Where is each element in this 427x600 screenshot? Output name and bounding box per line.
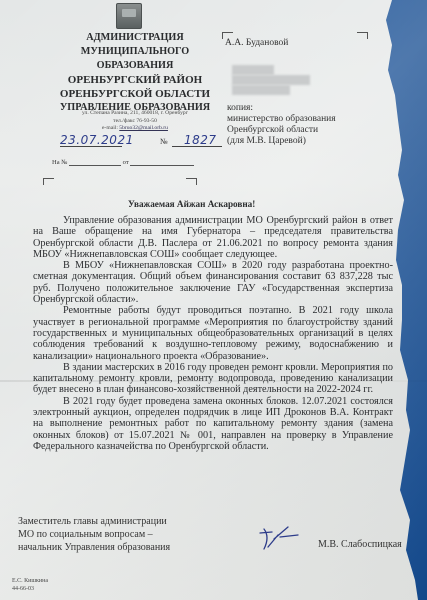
org-line: ОРЕНБУРГСКОЙ ОБЛАСТИ	[50, 87, 220, 101]
ref-from-label: от	[123, 159, 129, 166]
org-line: АДМИНИСТРАЦИЯ	[50, 31, 220, 45]
coat-of-arms-icon	[116, 3, 142, 29]
address: ул. Степана Разина, 211, 460018, г. Орен…	[55, 110, 215, 118]
corner-mark	[186, 178, 197, 185]
outgoing-date-number: 23.07.2021 № 1827	[48, 134, 218, 150]
letterhead-contacts: ул. Степана Разина, 211, 460018, г. Орен…	[55, 110, 215, 133]
org-line: ОРЕНБУРГСКИЙ РАЙОН	[50, 73, 220, 87]
paragraph: В здании мастерских в 2016 году проведен…	[33, 362, 393, 396]
copy-line: Оренбургской области	[227, 125, 336, 136]
reference-line: На № от	[52, 158, 194, 166]
email-link[interactable]: 5bruo32@mail.orb.ru	[119, 125, 168, 131]
outgoing-number: 1827	[184, 133, 217, 147]
letterhead-org: АДМИНИСТРАЦИЯ МУНИЦИПАЛЬНОГО ОБРАЗОВАНИЯ…	[50, 31, 220, 115]
paragraph: В 2021 году будет проведена замена оконн…	[33, 396, 393, 452]
email-line: e-mail: 5bruo32@mail.orb.ru	[55, 125, 215, 133]
phone: тел./факс 76-93-50	[55, 118, 215, 126]
redacted-block	[232, 85, 290, 95]
email-label: e-mail:	[102, 125, 118, 131]
position-line: Заместитель главы администрации	[18, 515, 170, 528]
copy-line: (для М.В. Царевой)	[227, 136, 336, 147]
outgoing-date: 23.07.2021	[60, 133, 134, 147]
corner-mark	[43, 178, 54, 185]
letter-body: Управление образования администрации МО …	[33, 215, 393, 452]
copy-line: министерство образования	[227, 114, 336, 125]
paragraph: Управление образования администрации МО …	[33, 215, 393, 260]
position-line: начальник Управления образования	[18, 541, 170, 554]
executor-info: Е.С. Кишкина 44-66-03	[12, 577, 48, 593]
ref-label: На №	[52, 159, 67, 166]
addressee-name: А.А. Будановой	[225, 38, 288, 48]
org-line: МУНИЦИПАЛЬНОГО	[50, 45, 220, 59]
redacted-block	[232, 65, 274, 75]
signer-name: М.В. Слабоспицкая	[318, 539, 402, 550]
signatory-position: Заместитель главы администрации МО по со…	[18, 515, 170, 554]
copy-label: копия:	[227, 103, 336, 114]
paragraph: В МБОУ «Нижнепавловская СОШ» в 2020 году…	[33, 260, 393, 305]
greeting: Уважаемая Айжан Аскаровна!	[128, 199, 255, 209]
executor-name: Е.С. Кишкина	[12, 577, 48, 585]
executor-phone: 44-66-03	[12, 585, 48, 593]
position-line: МО по социальным вопросам –	[18, 528, 170, 541]
redacted-block	[232, 75, 310, 85]
corner-mark	[357, 32, 368, 39]
number-sign: №	[160, 137, 168, 146]
paragraph: Ремонтные работы будут проводиться поэта…	[33, 305, 393, 361]
org-line: ОБРАЗОВАНИЯ	[50, 59, 220, 73]
handwritten-signature-icon	[254, 523, 300, 553]
copy-recipients: копия: министерство образования Оренбург…	[227, 103, 336, 147]
